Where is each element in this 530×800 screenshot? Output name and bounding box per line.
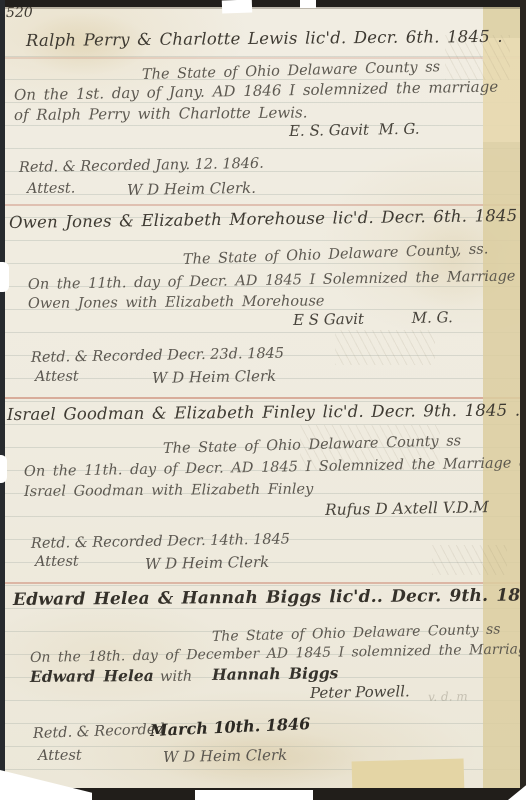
- record-2-attest-label: Attest: [35, 369, 79, 387]
- ledger-page-scan: 520 Ralph Perry & Charlotte Lewis lic'd.…: [0, 0, 530, 800]
- torn-notch-top-2: [300, 0, 316, 8]
- record-4-clerk-signature: W D Heim Clerk: [163, 746, 287, 766]
- record-2-signature: E S Gavit M. G.: [293, 308, 453, 329]
- record-1-clerk-signature: W D Heim Clerk.: [127, 179, 256, 199]
- record-2-clerk-signature: W D Heim Clerk: [152, 367, 276, 387]
- red-separator-3: [4, 582, 524, 584]
- torn-notch-bottom: [195, 790, 313, 800]
- record-3-clerk-signature: W D Heim Clerk: [145, 553, 269, 573]
- scan-background-right: [526, 0, 530, 800]
- record-2-body-line-2: Owen Jones with Elizabeth Morehouse: [28, 293, 325, 313]
- ink-showthrough: [432, 545, 507, 575]
- torn-chip-left: [0, 262, 9, 292]
- torn-chip-left-2: [0, 455, 7, 483]
- record-3-body-line-2: Israel Goodman with Elizabeth Finley: [24, 481, 313, 501]
- record-1-heading: Ralph Perry & Charlotte Lewis lic'd. Dec…: [26, 27, 503, 51]
- record-4-attest-label: Attest: [38, 748, 82, 766]
- red-separator-1: [4, 204, 524, 206]
- record-4-signature-faint: v. d. m: [428, 689, 468, 704]
- record-4-signature: Peter Powell.: [310, 682, 410, 702]
- record-1-attest-label: Attest.: [27, 181, 75, 199]
- ink-showthrough: [335, 330, 435, 365]
- record-4-bride-name: Hannah Biggs: [212, 664, 339, 684]
- record-4-with-word: with: [160, 669, 192, 687]
- page-edge-top-shadow: [0, 7, 530, 9]
- red-separator-2: [4, 397, 524, 399]
- record-4-groom-name: Edward Helea: [30, 667, 154, 687]
- page-edge-top: [0, 0, 530, 7]
- record-3-signature: Rufus D Axtell V.D.M: [325, 498, 489, 519]
- torn-notch-top: [222, 0, 252, 14]
- record-1-body-line-2: of Ralph Perry with Charlotte Lewis.: [14, 103, 308, 124]
- record-3-attest-label: Attest: [35, 554, 79, 572]
- record-1-signature: E. S. Gavit M. G.: [289, 120, 420, 140]
- page-edge-left: [0, 0, 5, 800]
